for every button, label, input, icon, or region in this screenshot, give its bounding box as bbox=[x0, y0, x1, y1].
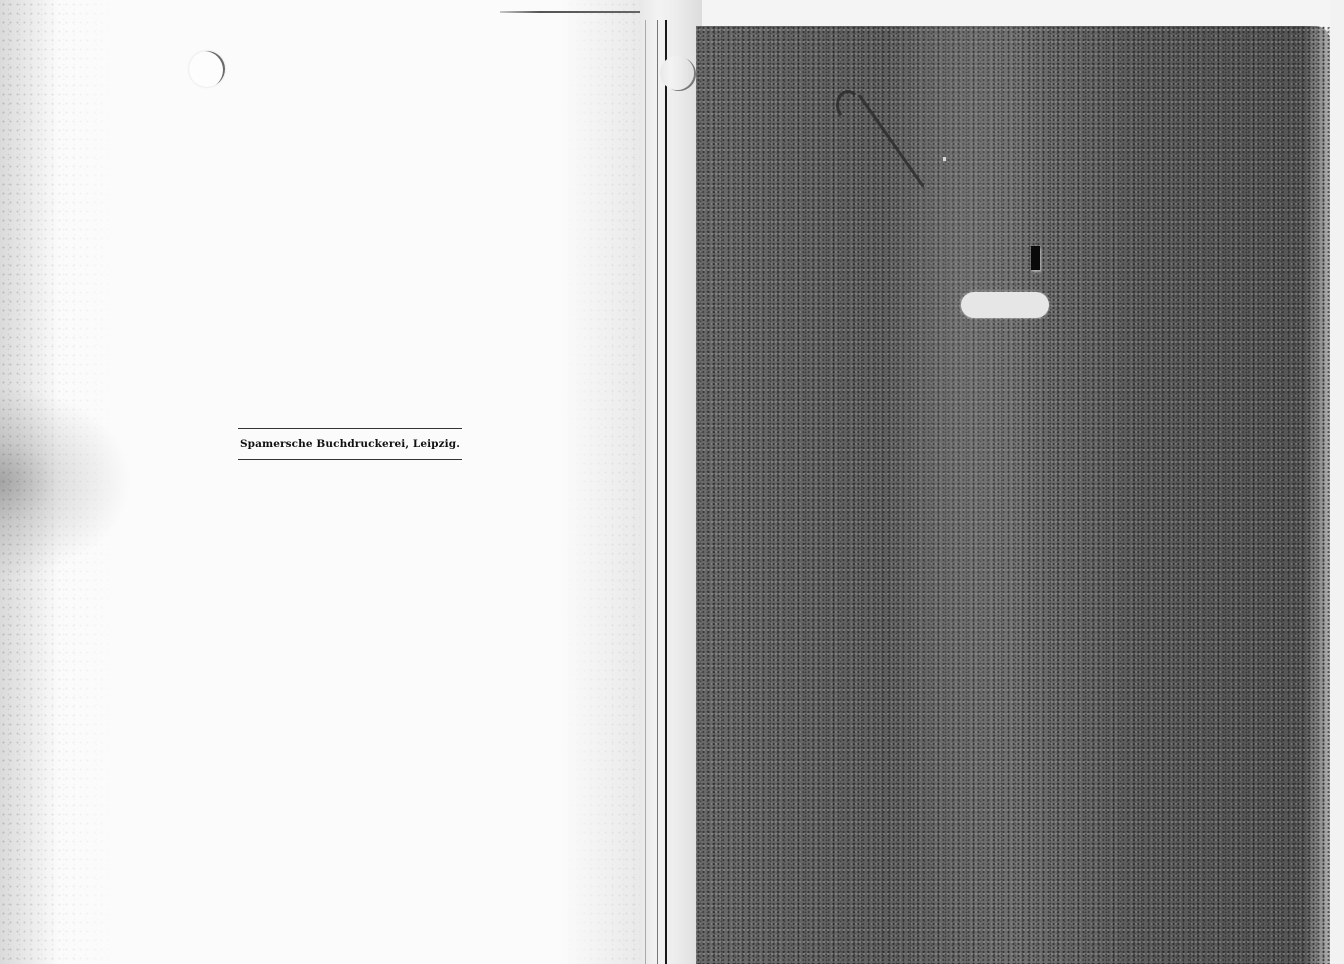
book-spread: Spamersche Buchdruckerei, Leipzig. bbox=[0, 0, 1344, 964]
gutter-line bbox=[645, 20, 646, 964]
scan-margin bbox=[1330, 0, 1344, 964]
book-gutter bbox=[640, 0, 702, 964]
punch-hole-icon bbox=[189, 51, 225, 87]
left-page: Spamersche Buchdruckerei, Leipzig. bbox=[0, 0, 660, 964]
light-stain bbox=[876, 26, 1046, 964]
scratch-mark-icon bbox=[836, 90, 860, 120]
black-mark bbox=[1031, 246, 1040, 270]
gutter-line bbox=[657, 20, 658, 964]
scan-noise-left-edge bbox=[0, 0, 120, 964]
right-page-dark-scan bbox=[696, 26, 1330, 964]
imprint-text: Spamersche Buchdruckerei, Leipzig. bbox=[240, 438, 460, 450]
white-blot-mark bbox=[961, 292, 1049, 318]
punch-hole-icon bbox=[660, 56, 694, 90]
speck-mark bbox=[943, 157, 946, 161]
printer-imprint: Spamersche Buchdruckerei, Leipzig. bbox=[238, 428, 462, 460]
gutter-line bbox=[665, 20, 667, 964]
